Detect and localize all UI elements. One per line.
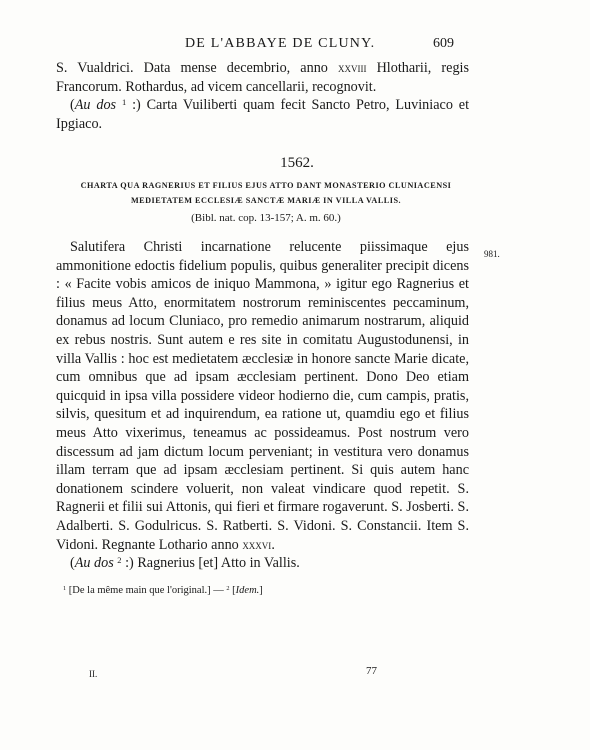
margin-date: 981.	[484, 249, 500, 259]
footnotes: 1 [De la même main que l'original.] — 2 …	[63, 585, 263, 596]
previous-charter-text: S. Vualdrici. Data mense decembrio, anno…	[56, 59, 469, 133]
previous-charter-endorsement: (Au dos 1 :) Carta Vuiliberti quam fecit…	[56, 96, 469, 133]
document-page: DE L'ABBAYE DE CLUNY. 609 S. Vualdrici. …	[0, 0, 590, 750]
charter-number: 1562.	[0, 155, 590, 172]
page-number: 609	[433, 36, 454, 52]
regnal-year: xxxvi	[242, 538, 271, 552]
footnote-1-text: [De la même main que l'original.] —	[66, 585, 226, 596]
signature-mark: II.	[89, 669, 97, 679]
charter-body: Salutifera Christi incarnatione relucent…	[56, 238, 469, 573]
gathering-number: 77	[366, 665, 377, 677]
charter-title-line-2: medietatem ecclesiæ sanctæ Mariæ in vill…	[56, 193, 476, 208]
endorsement-label: Au dos	[75, 555, 114, 571]
source-reference: (Bibl. nat. cop. 13-157; A. m. 60.)	[56, 212, 476, 224]
charter-endorsement: (Au dos 2 :) Ragnerius [et] Atto in Vall…	[56, 554, 469, 573]
charter-title: Charta qua Ragnerius et filius ejus Atto…	[56, 178, 476, 208]
charter-title-line-1: Charta qua Ragnerius et filius ejus Atto…	[56, 178, 476, 193]
running-title: DE L'ABBAYE DE CLUNY.	[185, 36, 375, 52]
regnal-year: xxviii	[338, 61, 367, 75]
endorsement-label: Au dos	[75, 97, 116, 113]
previous-charter-closing: S. Vualdrici. Data mense decembrio, anno…	[56, 59, 469, 96]
footnote-2-text: Idem.	[236, 585, 260, 596]
charter-body-paragraph: Salutifera Christi incarnatione relucent…	[56, 238, 469, 554]
